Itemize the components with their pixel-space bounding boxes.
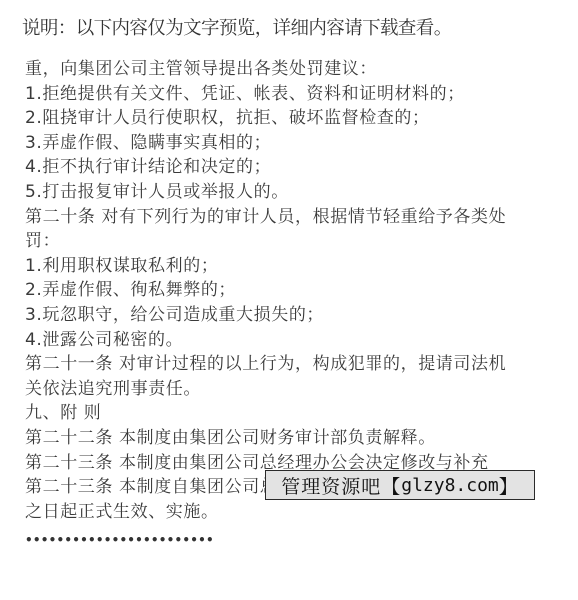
- section-heading: 九、附 则: [25, 401, 555, 426]
- page-title: 说明：以下内容仅为文字预览，详细内容请下载查看。: [22, 16, 452, 42]
- doc-line: 4.泄露公司秘密的。: [25, 328, 555, 353]
- document-body: 重，向集团公司主管领导提出各类处罚建议： 1.拒绝提供有关文件、凭证、帐表、资料…: [25, 57, 555, 524]
- doc-line: 4.拒不执行审计结论和决定的；: [25, 155, 555, 180]
- doc-line: 1.拒绝提供有关文件、凭证、帐表、资料和证明材料的；: [25, 82, 555, 107]
- watermark-bracket-close: 】: [499, 472, 519, 499]
- doc-line: 2.阻挠审计人员行使职权，抗拒、破坏监督检查的；: [25, 106, 555, 131]
- watermark-domain: glzy8.com: [401, 475, 499, 496]
- doc-line: 关依法追究刑事责任。: [25, 377, 555, 402]
- doc-line: 3.弄虚作假、隐瞒事实真相的；: [25, 131, 555, 156]
- watermark-bracket-open: 【: [381, 472, 401, 499]
- continuation-ellipsis: ••••••••••••••••••••••••: [25, 533, 214, 547]
- doc-line: 第二十二条 本制度由集团公司财务审计部负责解释。: [25, 426, 555, 451]
- doc-line: 第二十一条 对审计过程的以上行为，构成犯罪的，提请司法机: [25, 352, 555, 377]
- doc-line: 之日起正式生效、实施。: [25, 500, 555, 525]
- doc-line: 第二十条 对有下列行为的审计人员，根据情节轻重给予各类处: [25, 205, 555, 230]
- doc-line: 1.利用职权谋取私利的；: [25, 254, 555, 279]
- watermark-banner: 管理资源吧 【 glzy8.com 】: [265, 470, 535, 500]
- doc-line: 重，向集团公司主管领导提出各类处罚建议：: [25, 57, 555, 82]
- doc-line: 2.弄虚作假、徇私舞弊的；: [25, 278, 555, 303]
- doc-line: 3.玩忽职守，给公司造成重大损失的；: [25, 303, 555, 328]
- doc-line: 罚：: [25, 229, 555, 254]
- watermark-label: 管理资源吧: [281, 472, 381, 499]
- doc-line: 5.打击报复审计人员或举报人的。: [25, 180, 555, 205]
